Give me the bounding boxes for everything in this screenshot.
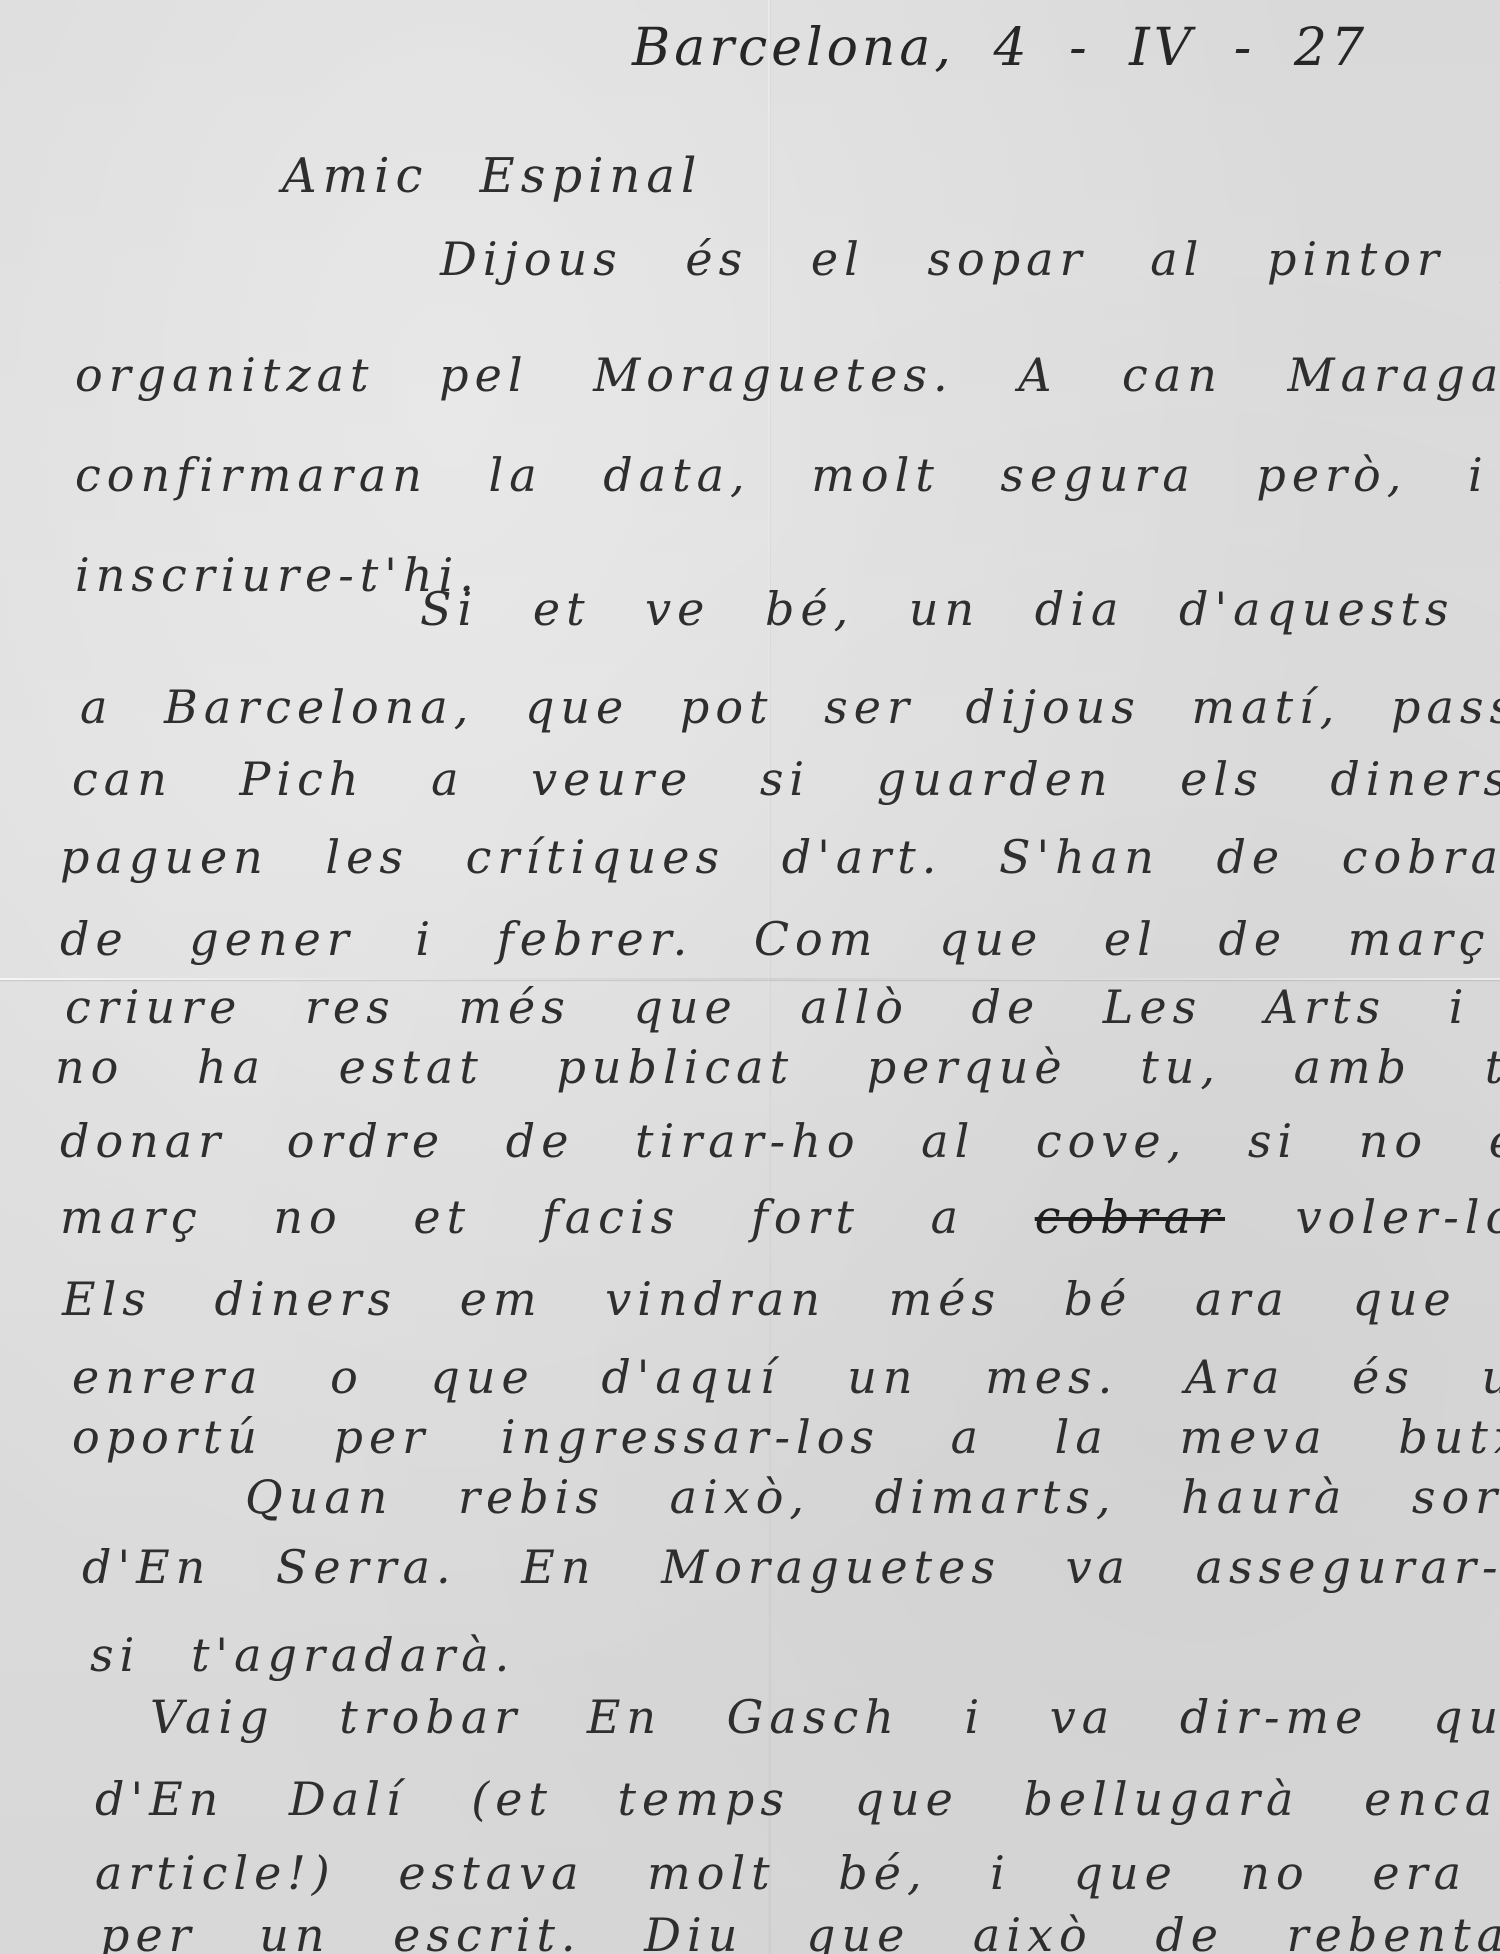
letter-line-3: confirmaran la data, molt segura però, i… bbox=[75, 448, 1500, 502]
letter-line-13: març no et facis fort a cobrar voler-lo … bbox=[60, 1190, 1500, 1244]
letter-line-2: organitzat pel Moraguetes. A can Maragal… bbox=[75, 348, 1500, 402]
letter-salutation: Amic Espinal bbox=[282, 148, 702, 204]
letter-line-5: Si et ve bé, un dia d'aquests que vingui… bbox=[420, 582, 1500, 636]
letter-line-6: a Barcelona, que pot ser dijous matí, pa… bbox=[80, 680, 1500, 734]
letter-line-13-tail: voler-lo cobrar. bbox=[1296, 1190, 1500, 1244]
letter-place-date: Barcelona, 4 - IV - 27 bbox=[632, 18, 1368, 78]
letter-line-17: Quan rebis això, dimarts, haurà sortit l… bbox=[245, 1470, 1500, 1524]
letter-page: Barcelona, 4 - IV - 27 Amic Espinal Dijo… bbox=[0, 0, 1500, 1954]
struck-word: cobrar bbox=[1035, 1190, 1225, 1244]
letter-line-18: d'En Serra. En Moraguetes va assegurar-m… bbox=[82, 1540, 1500, 1594]
letter-line-19: si t'agradarà. bbox=[90, 1628, 515, 1682]
letter-line-11: no ha estat publicat perquè tu, amb tota… bbox=[55, 1040, 1500, 1094]
letter-line-12: donar ordre de tirar-ho al cove, si no e… bbox=[60, 1114, 1500, 1168]
letter-line-22: article!) estava molt bé, i que no era c… bbox=[95, 1846, 1500, 1900]
letter-line-23: per un escrit. Diu que això de rebentada… bbox=[100, 1908, 1500, 1954]
letter-line-1: Dijous és el sopar al pintor Joan Serra bbox=[440, 232, 1500, 286]
paper-fold-vertical bbox=[768, 0, 770, 1954]
letter-line-9: de gener i febrer. Com que el de març no… bbox=[60, 912, 1500, 966]
letter-line-13-text: març no et facis fort a bbox=[60, 1190, 964, 1244]
letter-line-7: can Pich a veure si guarden els diners a… bbox=[72, 752, 1500, 806]
letter-line-16: oportú per ingressar-los a la meva butxa… bbox=[72, 1410, 1500, 1464]
letter-line-15: enrera o que d'aquí un mes. Ara és un mo… bbox=[72, 1350, 1500, 1404]
letter-line-14: Els diners em vindran més bé ara que qui… bbox=[62, 1272, 1500, 1326]
letter-line-10: criure res més que allò de Les Arts i el… bbox=[65, 980, 1500, 1034]
letter-line-8: paguen les crítiques d'art. S'han de cob… bbox=[60, 830, 1500, 884]
letter-line-20: Vaig trobar En Gasch i va dir-me que la … bbox=[150, 1690, 1500, 1744]
letter-line-21: d'En Dalí (et temps que bellugarà encara… bbox=[95, 1772, 1500, 1826]
